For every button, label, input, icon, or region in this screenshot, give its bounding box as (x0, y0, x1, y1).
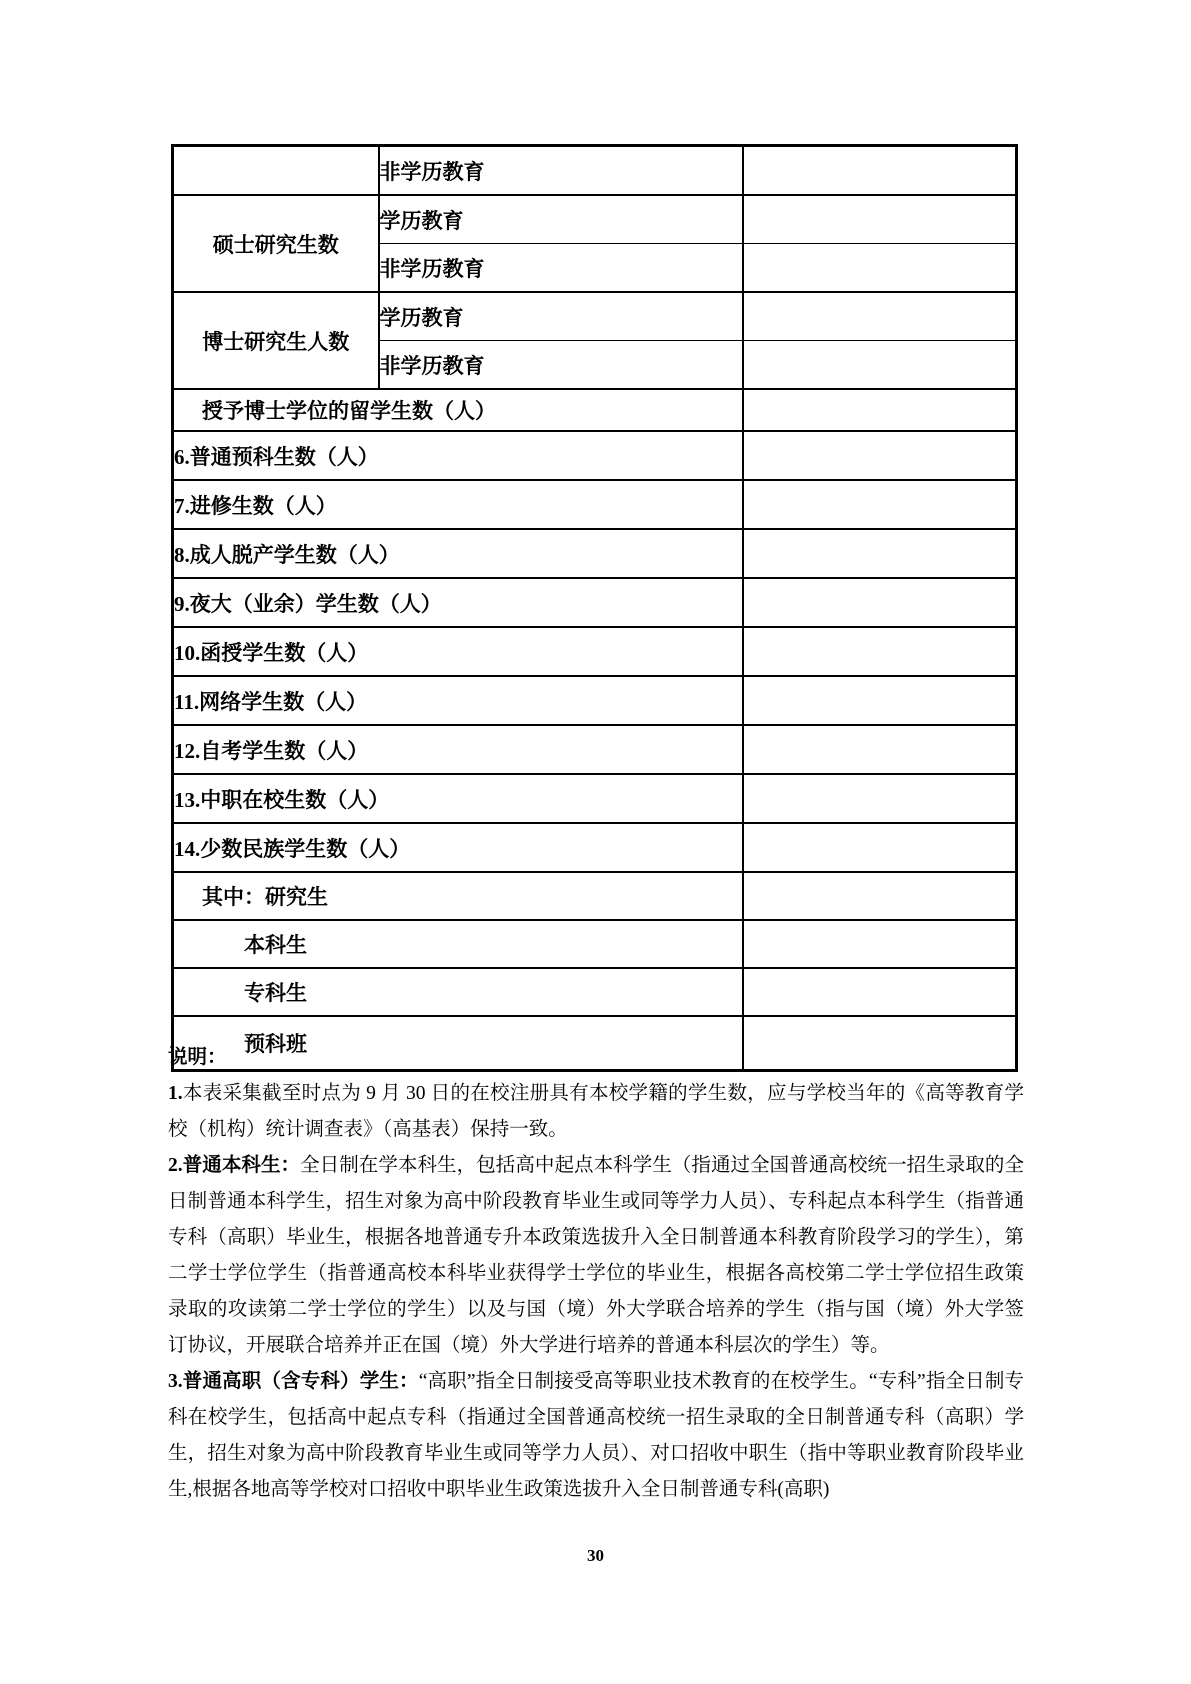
value-cell (743, 244, 1017, 293)
table-row: 8.成人脱产学生数（人） (173, 529, 1017, 578)
value-cell (743, 676, 1017, 725)
student-count-table: 非学历教育 硕士研究生数 学历教育 非学历教育 博士研究生人数 学历教育 非学历… (171, 144, 1018, 1072)
row-label: 11.网络学生数（人） (173, 676, 743, 725)
value-cell (743, 146, 1017, 196)
table-row: 12.自考学生数（人） (173, 725, 1017, 774)
category-cell: 博士研究生人数 (173, 292, 379, 389)
subcategory-cell: 非学历教育 (379, 146, 743, 196)
value-cell (743, 578, 1017, 627)
row-label: 授予博士学位的留学生数（人） (173, 389, 743, 431)
row-label: 12.自考学生数（人） (173, 725, 743, 774)
row-label: 9.夜大（业余）学生数（人） (173, 578, 743, 627)
value-cell (743, 774, 1017, 823)
table-row: 专科生 (173, 968, 1017, 1016)
value-cell (743, 872, 1017, 920)
value-cell (743, 529, 1017, 578)
table-row: 授予博士学位的留学生数（人） (173, 389, 1017, 431)
table-row: 10.函授学生数（人） (173, 627, 1017, 676)
row-label: 8.成人脱产学生数（人） (173, 529, 743, 578)
value-cell (743, 627, 1017, 676)
row-label: 专科生 (173, 968, 743, 1016)
subcategory-cell: 非学历教育 (379, 341, 743, 390)
value-cell (743, 968, 1017, 1016)
document-page: 非学历教育 硕士研究生数 学历教育 非学历教育 博士研究生人数 学历教育 非学历… (0, 0, 1191, 1684)
row-label: 13.中职在校生数（人） (173, 774, 743, 823)
note-item: 1.本表采集截至时点为 9 月 30 日的在校注册具有本校学籍的学生数，应与学校… (168, 1076, 1024, 1148)
table-row: 其中：研究生 (173, 872, 1017, 920)
category-cell: 硕士研究生数 (173, 195, 379, 292)
table-row: 6.普通预科生数（人） (173, 431, 1017, 480)
value-cell (743, 480, 1017, 529)
value-cell (743, 292, 1017, 341)
subcategory-cell: 学历教育 (379, 195, 743, 244)
notes-section: 说明： 1.本表采集截至时点为 9 月 30 日的在校注册具有本校学籍的学生数，… (168, 1040, 1024, 1508)
table-row: 7.进修生数（人） (173, 480, 1017, 529)
table-row: 13.中职在校生数（人） (173, 774, 1017, 823)
note-item: 3.普通高职（含专科）学生：“高职”指全日制接受高等职业技术教育的在校学生。“专… (168, 1364, 1024, 1508)
row-label: 14.少数民族学生数（人） (173, 823, 743, 872)
value-cell (743, 725, 1017, 774)
table-row: 博士研究生人数 学历教育 (173, 292, 1017, 341)
table-row: 11.网络学生数（人） (173, 676, 1017, 725)
row-label: 本科生 (173, 920, 743, 968)
row-label: 6.普通预科生数（人） (173, 431, 743, 480)
value-cell (743, 389, 1017, 431)
note-number: 1. (168, 1083, 183, 1104)
table-row: 本科生 (173, 920, 1017, 968)
notes-heading: 说明： (168, 1040, 1024, 1076)
row-label: 10.函授学生数（人） (173, 627, 743, 676)
note-item: 2.普通本科生：全日制在学本科生，包括高中起点本科学生（指通过全国普通高校统一招… (168, 1148, 1024, 1364)
subcategory-cell: 学历教育 (379, 292, 743, 341)
note-number: 2.普通本科生： (168, 1155, 300, 1176)
subcategory-cell: 非学历教育 (379, 244, 743, 293)
table-row: 14.少数民族学生数（人） (173, 823, 1017, 872)
table-row: 非学历教育 (173, 146, 1017, 196)
table-row: 9.夜大（业余）学生数（人） (173, 578, 1017, 627)
note-number: 3.普通高职（含专科）学生： (168, 1371, 419, 1392)
value-cell (743, 920, 1017, 968)
note-text: 本表采集截至时点为 9 月 30 日的在校注册具有本校学籍的学生数，应与学校当年… (168, 1083, 1024, 1140)
category-cell (173, 146, 379, 196)
row-label: 其中：研究生 (173, 872, 743, 920)
value-cell (743, 431, 1017, 480)
page-number: 30 (0, 1546, 1191, 1566)
row-label: 7.进修生数（人） (173, 480, 743, 529)
table-row: 硕士研究生数 学历教育 (173, 195, 1017, 244)
value-cell (743, 195, 1017, 244)
note-text: 全日制在学本科生，包括高中起点本科学生（指通过全国普通高校统一招生录取的全日制普… (168, 1155, 1024, 1356)
value-cell (743, 823, 1017, 872)
value-cell (743, 341, 1017, 390)
